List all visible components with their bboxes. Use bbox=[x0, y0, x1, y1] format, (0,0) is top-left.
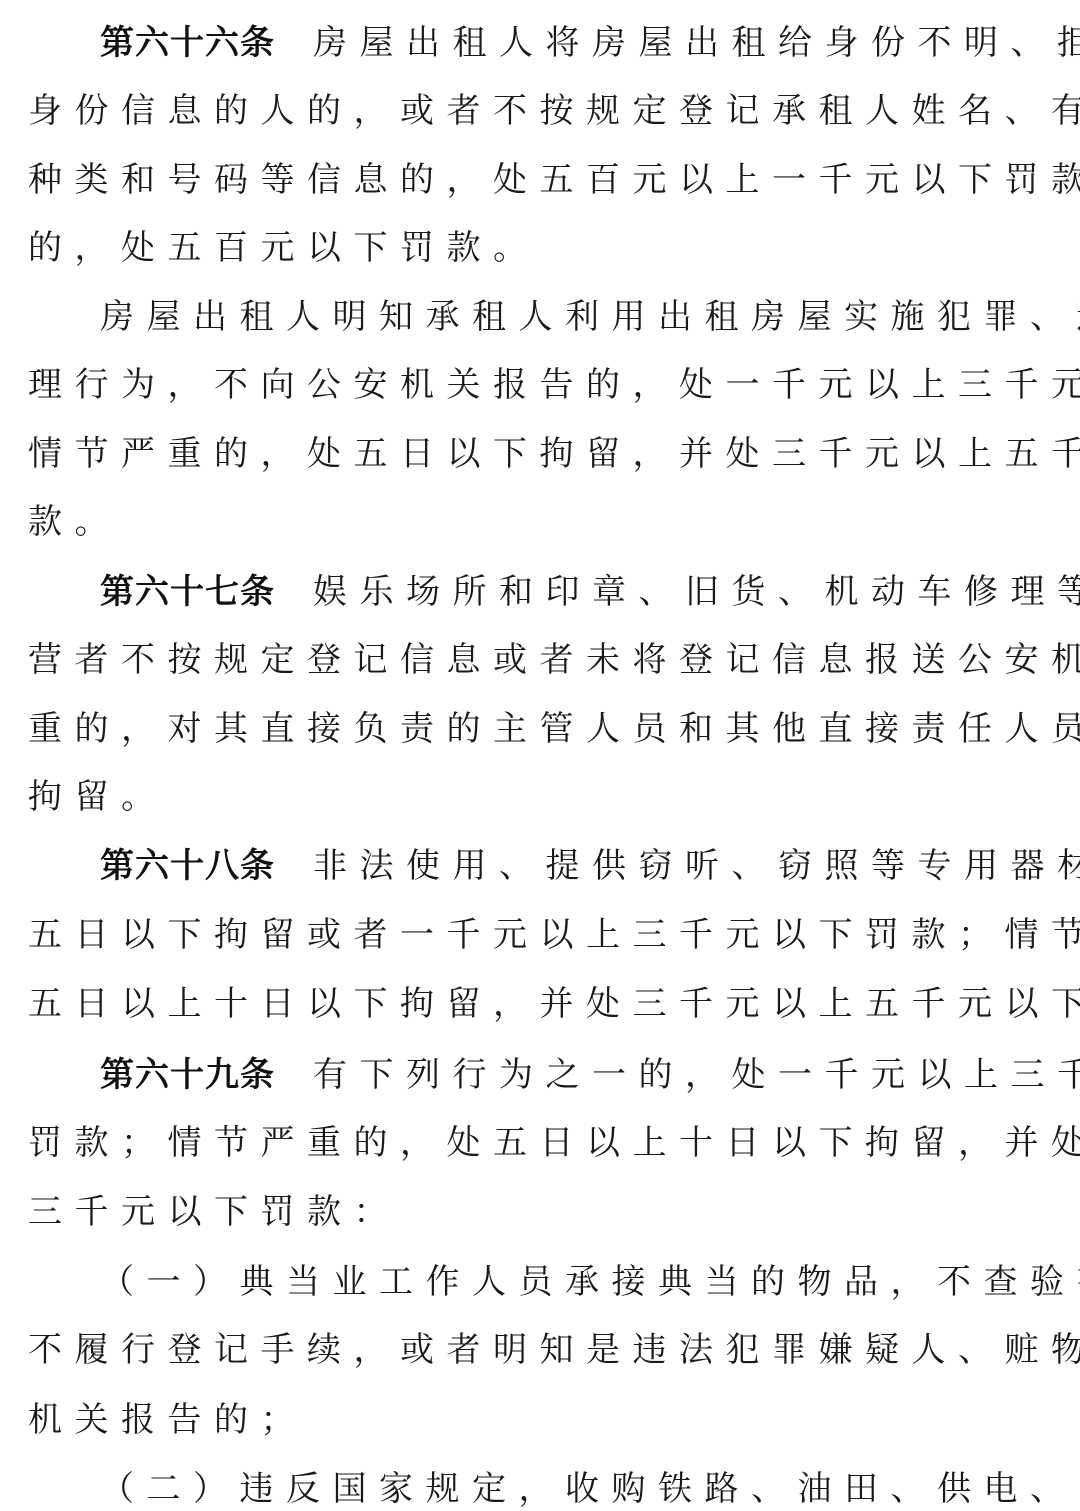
article-67-first-line: 第六十七条娱乐场所和印章、旧货、机动车修理等行业经 bbox=[100, 562, 1060, 622]
text-line: 重的，对其直接负责的主管人员和其他直接责任人员处五日以下 bbox=[28, 699, 1058, 759]
text-line: 身份信息的人的，或者不按规定登记承租人姓名、有效身份证件 bbox=[28, 81, 1058, 141]
text-line: 五日以下拘留或者一千元以上三千元以下罚款；情节较重的，处 bbox=[28, 905, 1058, 965]
text-line: 不履行登记手续，或者明知是违法犯罪嫌疑人、赃物，不向公安 bbox=[28, 1320, 1058, 1380]
text-line: 房屋出租人明知承租人利用出租房屋实施犯罪、违反治安管 bbox=[100, 287, 1060, 347]
text-line: 娱乐场所和印章、旧货、机动车修理等行业经 bbox=[313, 572, 1080, 612]
text-line: 款。 bbox=[28, 492, 1058, 552]
list-item-1: （一）典当业工作人员承接典当的物品，不查验有关证明、 bbox=[100, 1252, 1060, 1312]
text-line: 有下列行为之一的，处一千元以上三千元以下 bbox=[313, 1055, 1080, 1095]
text-line: 五日以上十日以下拘留，并处三千元以上五千元以下罚款。 bbox=[28, 974, 1058, 1034]
text-line: 机关报告的； bbox=[28, 1390, 1058, 1450]
text-line: 营者不按规定登记信息或者未将登记信息报送公安机关，情节较 bbox=[28, 630, 1058, 690]
article-68-first-line: 第六十八条非法使用、提供窃听、窃照等专用器材的，处 bbox=[100, 836, 1060, 896]
text-line: 理行为，不向公安机关报告的，处一千元以上三千元以下罚款； bbox=[28, 355, 1058, 415]
text-line: 种类和号码等信息的，处五百元以上一千元以下罚款；情节较轻 bbox=[28, 150, 1058, 210]
text-line: 非法使用、提供窃听、窃照等专用器材的，处 bbox=[313, 846, 1080, 886]
list-item-2: （二）违反国家规定，收购铁路、油田、供电、电信、矿山、 bbox=[100, 1459, 1060, 1511]
article-heading: 第六十九条 bbox=[100, 1055, 275, 1095]
article-66-first-line: 第六十六条房屋出租人将房屋出租给身份不明、拒绝登记 bbox=[100, 13, 1060, 73]
text-line: 罚款；情节严重的，处五日以上十日以下拘留，并处一千元以上 bbox=[28, 1113, 1058, 1173]
text-line: 三千元以下罚款： bbox=[28, 1182, 1058, 1242]
text-line: 的，处五百元以下罚款。 bbox=[28, 218, 1058, 278]
text-line: 情节严重的，处五日以下拘留，并处三千元以上五千元以下罚 bbox=[28, 424, 1058, 484]
article-heading: 第六十六条 bbox=[100, 23, 275, 63]
article-69-first-line: 第六十九条有下列行为之一的，处一千元以上三千元以下 bbox=[100, 1045, 1060, 1105]
text-line: 房屋出租人将房屋出租给身份不明、拒绝登记 bbox=[313, 23, 1080, 63]
document-page: 第六十六条房屋出租人将房屋出租给身份不明、拒绝登记 身份信息的人的，或者不按规定… bbox=[0, 0, 1080, 1511]
article-heading: 第六十八条 bbox=[100, 846, 275, 886]
text-line: 拘留。 bbox=[28, 767, 1058, 827]
article-heading: 第六十七条 bbox=[100, 572, 275, 612]
